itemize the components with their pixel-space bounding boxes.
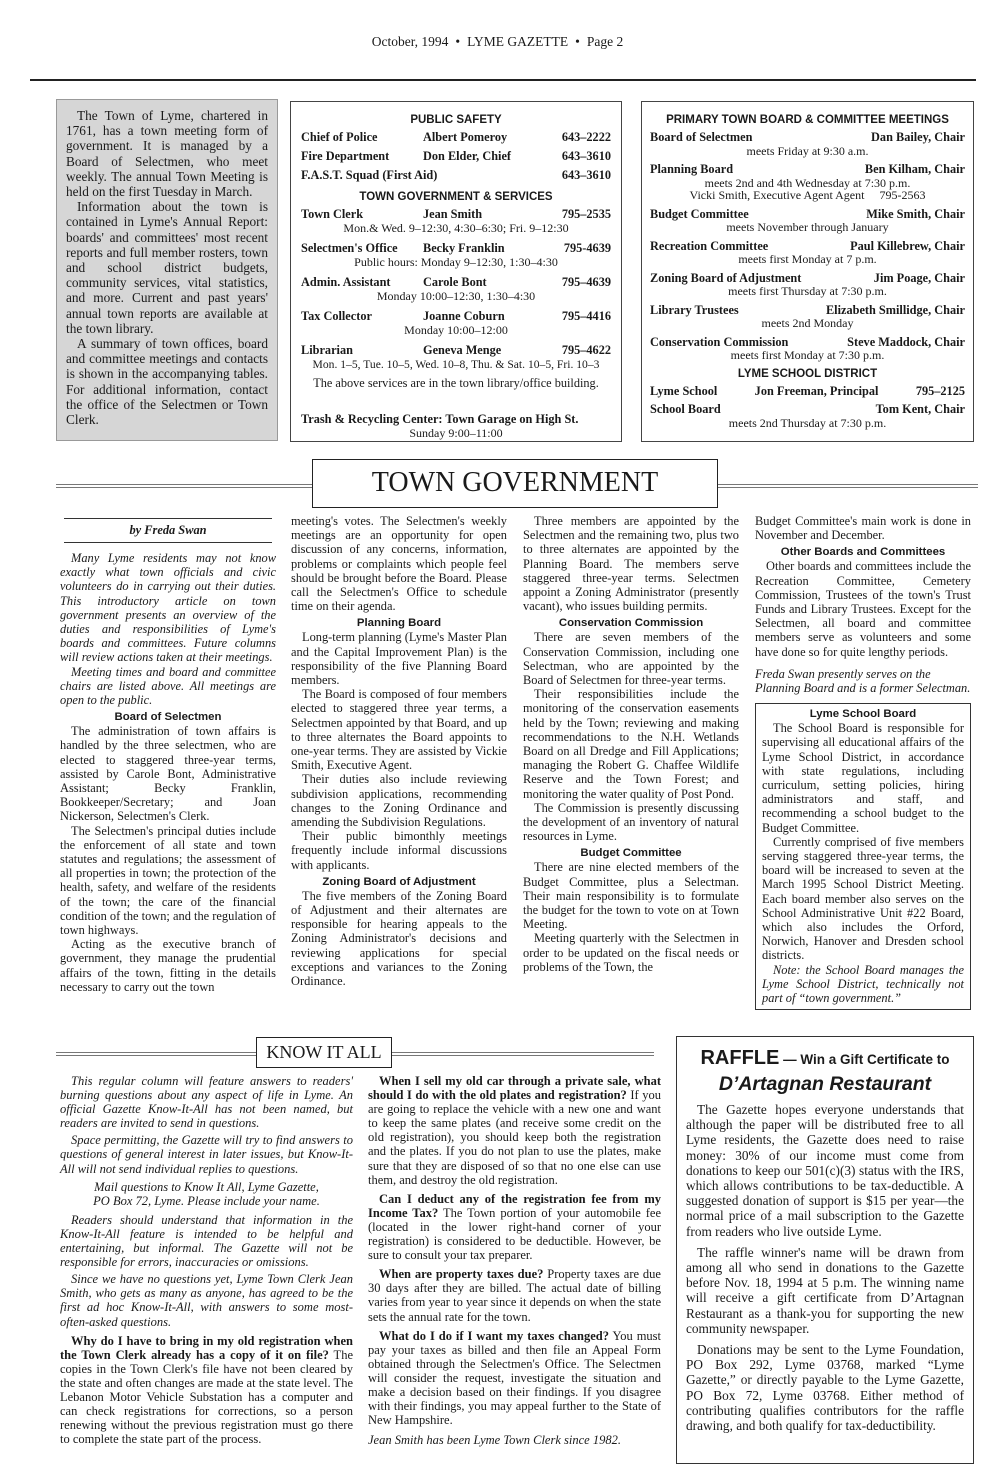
body-paragraph: Their responsibilities include the monit… [523, 687, 739, 801]
table-heading: LYME SCHOOL DISTRICT [650, 368, 965, 380]
meetings-table: PRIMARY TOWN BOARD & COMMITTEE MEETINGS … [641, 101, 974, 442]
separator: • [455, 34, 460, 49]
table-row: Lyme SchoolJon Freeman, Principal795–212… [650, 384, 965, 399]
raffle-word: RAFFLE [700, 1047, 779, 1069]
body-paragraph: The Board is composed of four members el… [291, 687, 507, 772]
table-row: Town ClerkJean Smith795–2535 [301, 207, 611, 222]
phone: 795–4622 [553, 343, 611, 358]
qa-item: When are property taxes due? Property ta… [368, 1267, 661, 1323]
qa-item: When I sell my old car through a private… [368, 1074, 661, 1187]
raffle-title: RAFFLE — Win a Gift Certificate to [686, 1045, 964, 1073]
table-heading: PUBLIC SAFETY [301, 114, 611, 126]
office-hours: Mon. 1–5, Tue. 10–5, Wed. 10–8, Thu. & S… [301, 358, 611, 371]
office: Town Clerk [301, 207, 423, 222]
office-hours: Mon.& Wed. 9–12:30, 4:30–6:30; Fri. 9–12… [301, 222, 611, 235]
chair: Tom Kent, Chair [876, 402, 965, 417]
table-row: Fire DepartmentDon Elder, Chief643–3610 [301, 149, 611, 164]
subhead-planning-board: Planning Board [291, 617, 507, 629]
question: Why do I have to bring in my old registr… [60, 1334, 353, 1362]
table-row: Library TrusteesElizabeth Smillidge, Cha… [650, 303, 965, 318]
table-heading: PRIMARY TOWN BOARD & COMMITTEE MEETINGS [650, 114, 965, 126]
subhead-conservation-commission: Conservation Commission [523, 617, 739, 629]
issue-date: October, 1994 [372, 34, 449, 49]
contact-name: Joanne Coburn [423, 309, 553, 324]
mail-address-line: Mail questions to Know It All, Lyme Gaze… [60, 1180, 353, 1194]
body-paragraph: The School Board is responsible for supe… [762, 721, 964, 835]
article-column-3: Three members are appointed by the Selec… [523, 514, 739, 974]
table-row: Conservation CommissionSteve Maddock, Ch… [650, 335, 965, 350]
intro-italic: This regular column will feature answers… [60, 1074, 353, 1130]
office-hours: Monday 10:00–12:00 [301, 324, 611, 337]
table-row: School BoardTom Kent, Chair [650, 402, 965, 417]
masthead-rule [30, 79, 976, 81]
intro-italic: Since we have no questions yet, Lyme Tow… [60, 1272, 353, 1328]
table-row: Selectmen's OfficeBecky Franklin795-4639 [301, 241, 611, 256]
phone: 643–2222 [553, 130, 611, 145]
school-board-note: Note: the School Board manages the Lyme … [762, 963, 964, 1006]
subhead-board-of-selectmen: Board of Selectmen [60, 711, 276, 723]
section-rule [56, 1052, 256, 1056]
office: F.A.S.T. Squad (First Aid) [301, 168, 553, 183]
intro-italic: Meeting times and board and committee ch… [60, 665, 276, 708]
know-it-all-column-2: When I sell my old car through a private… [368, 1074, 661, 1450]
article-column-4: Budget Committee's main work is done in … [755, 514, 971, 1010]
board-name: Lyme School [650, 384, 717, 399]
question: When are property taxes due? [379, 1267, 543, 1281]
mail-address-line: PO Box 72, Lyme. Please include your nam… [60, 1194, 353, 1208]
meeting-schedule: meets 2nd Monday [650, 317, 965, 330]
raffle-subtitle: — Win a Gift Certificate to [779, 1052, 949, 1067]
office: Admin. Assistant [301, 275, 423, 290]
chair: Elizabeth Smillidge, Chair [826, 303, 965, 318]
section-rule [718, 484, 978, 488]
meeting-schedule: meets November through January [650, 221, 965, 234]
body-paragraph: Other boards and committees include the … [755, 559, 971, 658]
contact-name: Don Elder, Chief [423, 149, 553, 164]
qa-item: Can I deduct any of the registration fee… [368, 1192, 661, 1262]
office: Fire Department [301, 149, 423, 164]
table-row: Tax CollectorJoanne Coburn795–4416 [301, 309, 611, 324]
location-note: The above services are in the town libra… [301, 377, 611, 390]
chair: Jim Poage, Chair [874, 271, 965, 286]
contact-name: Geneva Menge [423, 343, 553, 358]
body-paragraph: Meeting quarterly with the Selectmen in … [523, 931, 739, 974]
body-paragraph: meeting's votes. The Selectmen's weekly … [291, 514, 507, 613]
body-paragraph: Three members are appointed by the Selec… [523, 514, 739, 613]
answer: The copies in the Town Clerk's file have… [60, 1348, 353, 1447]
chair: Mike Smith, Chair [866, 207, 965, 222]
board-name: Board of Selectmen [650, 130, 752, 145]
subhead-zoning-board: Zoning Board of Adjustment [291, 876, 507, 888]
meeting-schedule: meets first Monday at 7:30 p.m. [650, 349, 965, 362]
table-row: Zoning Board of AdjustmentJim Poage, Cha… [650, 271, 965, 286]
publication-name: LYME GAZETTE [467, 34, 568, 49]
question: What do I do if I want my taxes changed? [379, 1329, 609, 1343]
office: Librarian [301, 343, 423, 358]
chair: Dan Bailey, Chair [871, 130, 965, 145]
board-name: Recreation Committee [650, 239, 768, 254]
phone: 795–2535 [553, 207, 611, 222]
office-hours: Public hours: Monday 9–12:30, 1:30–4:30 [301, 256, 611, 269]
chair: Paul Killebrew, Chair [850, 239, 965, 254]
table-row: Budget CommitteeMike Smith, Chair [650, 207, 965, 222]
body-paragraph: Budget Committee's main work is done in … [755, 514, 971, 542]
meeting-schedule: meets 2nd Thursday at 7:30 p.m. [650, 417, 965, 430]
chair: Ben Kilham, Chair [865, 162, 965, 177]
body-paragraph: Acting as the executive branch of govern… [60, 937, 276, 994]
raffle-paragraph: The raffle winner's name will be drawn f… [686, 1245, 964, 1336]
trash-center: Trash & Recycling Center: Town Garage on… [301, 412, 611, 427]
table-row: F.A.S.T. Squad (First Aid)643–3610 [301, 168, 611, 183]
subhead-budget-committee: Budget Committee [523, 847, 739, 859]
intro-italic: Space permitting, the Gazette will try t… [60, 1133, 353, 1175]
know-it-all-column-1: This regular column will feature answers… [60, 1074, 353, 1449]
byline: by Freda Swan [64, 518, 272, 543]
intro-box: The Town of Lyme, chartered in 1761, has… [56, 99, 278, 441]
article-column-2: meeting's votes. The Selectmen's weekly … [291, 514, 507, 988]
restaurant-name: D’Artagnan Restaurant [686, 1073, 964, 1096]
meeting-schedule: meets first Thursday at 7:30 p.m. [650, 285, 965, 298]
section-title-town-government: TOWN GOVERNMENT [312, 459, 718, 508]
board-name: Library Trustees [650, 303, 739, 318]
masthead: October, 1994•LYME GAZETTE•Page 2 [0, 34, 995, 50]
phone: 643–3610 [553, 168, 611, 183]
intro-italic: Many Lyme residents may not know exactly… [60, 551, 276, 665]
table-row: LibrarianGeneva Menge795–4622 [301, 343, 611, 358]
contact-name: Carole Bont [423, 275, 553, 290]
phone: 643–3610 [553, 149, 611, 164]
public-safety-table: PUBLIC SAFETY Chief of PoliceAlbert Pome… [290, 101, 622, 442]
intro-paragraph: The Town of Lyme, chartered in 1761, has… [66, 108, 268, 199]
body-paragraph: Their duties also include reviewing subd… [291, 772, 507, 829]
contact-name: Becky Franklin [423, 241, 553, 256]
trash-hours: Sunday 9:00–11:00 [301, 427, 611, 440]
body-paragraph: Currently comprised of five members serv… [762, 835, 964, 963]
raffle-box: RAFFLE — Win a Gift Certificate to D’Art… [676, 1036, 974, 1464]
section-rule [56, 484, 312, 488]
table-row: Recreation CommitteePaul Killebrew, Chai… [650, 239, 965, 254]
body-paragraph: The Selectmen's principal duties include… [60, 824, 276, 938]
author-note: Freda Swan presently serves on the Plann… [755, 667, 971, 695]
chair: Jon Freeman, Principal [755, 384, 879, 399]
raffle-paragraph: Donations may be sent to the Lyme Founda… [686, 1342, 964, 1433]
executive-agent: Vicki Smith, Executive Agent Agent 795-2… [650, 189, 965, 202]
table-row: Planning BoardBen Kilham, Chair [650, 162, 965, 177]
contact-name: Jean Smith [423, 207, 553, 222]
body-paragraph: Their public bimonthly meetings frequent… [291, 829, 507, 872]
raffle-paragraph: The Gazette hopes everyone understands t… [686, 1102, 964, 1239]
chair: Steve Maddock, Chair [847, 335, 965, 350]
qa-item: What do I do if I want my taxes changed?… [368, 1329, 661, 1428]
school-board-box: Lyme School Board The School Board is re… [755, 703, 971, 1010]
phone: 795–2125 [916, 384, 965, 399]
section-rule [392, 1052, 654, 1056]
phone: 795-4639 [553, 241, 611, 256]
office-hours: Monday 10:00–12:30, 1:30–4:30 [301, 290, 611, 303]
intro-italic: Readers should understand that informati… [60, 1213, 353, 1269]
answer: You must pay your taxes as billed and th… [368, 1329, 661, 1428]
board-name: School Board [650, 402, 721, 417]
contact-name: Albert Pomeroy [423, 130, 553, 145]
board-name: Budget Committee [650, 207, 749, 222]
subhead-other-boards: Other Boards and Committees [755, 546, 971, 558]
separator: • [575, 34, 580, 49]
intro-paragraph: Information about the town is contained … [66, 199, 268, 336]
body-paragraph: There are seven members of the Conservat… [523, 630, 739, 687]
office: Selectmen's Office [301, 241, 423, 256]
body-paragraph: The administration of town affairs is ha… [60, 724, 276, 823]
page-number: Page 2 [587, 34, 623, 49]
phone: 795–4416 [553, 309, 611, 324]
body-paragraph: The Commission is presently discussing t… [523, 801, 739, 844]
answer: If you are going to replace the vehicle … [368, 1088, 661, 1187]
school-board-title: Lyme School Board [762, 708, 964, 720]
body-paragraph: Long-term planning (Lyme's Master Plan a… [291, 630, 507, 687]
body-paragraph: The five members of the Zoning Board of … [291, 889, 507, 988]
meeting-schedule: meets Friday at 9:30 a.m. [650, 145, 965, 158]
body-paragraph: There are nine elected members of the Bu… [523, 860, 739, 931]
intro-paragraph: A summary of town offices, board and com… [66, 336, 268, 427]
office: Chief of Police [301, 130, 423, 145]
question: When I sell my old car through a private… [368, 1074, 661, 1102]
table-heading: TOWN GOVERNMENT & SERVICES [301, 191, 611, 203]
section-title-know-it-all: KNOW IT ALL [256, 1037, 392, 1068]
sign-off: Jean Smith has been Lyme Town Clerk sinc… [368, 1433, 661, 1447]
board-name: Planning Board [650, 162, 733, 177]
phone: 795–4639 [553, 275, 611, 290]
board-name: Zoning Board of Adjustment [650, 271, 801, 286]
table-row: Admin. AssistantCarole Bont795–4639 [301, 275, 611, 290]
table-row: Board of SelectmenDan Bailey, Chair [650, 130, 965, 145]
qa-item: Why do I have to bring in my old registr… [60, 1334, 353, 1447]
office: Tax Collector [301, 309, 423, 324]
board-name: Conservation Commission [650, 335, 788, 350]
meeting-schedule: meets first Monday at 7 p.m. [650, 253, 965, 266]
table-row: Chief of PoliceAlbert Pomeroy643–2222 [301, 130, 611, 145]
article-column-1: by Freda Swan Many Lyme residents may no… [60, 514, 276, 994]
